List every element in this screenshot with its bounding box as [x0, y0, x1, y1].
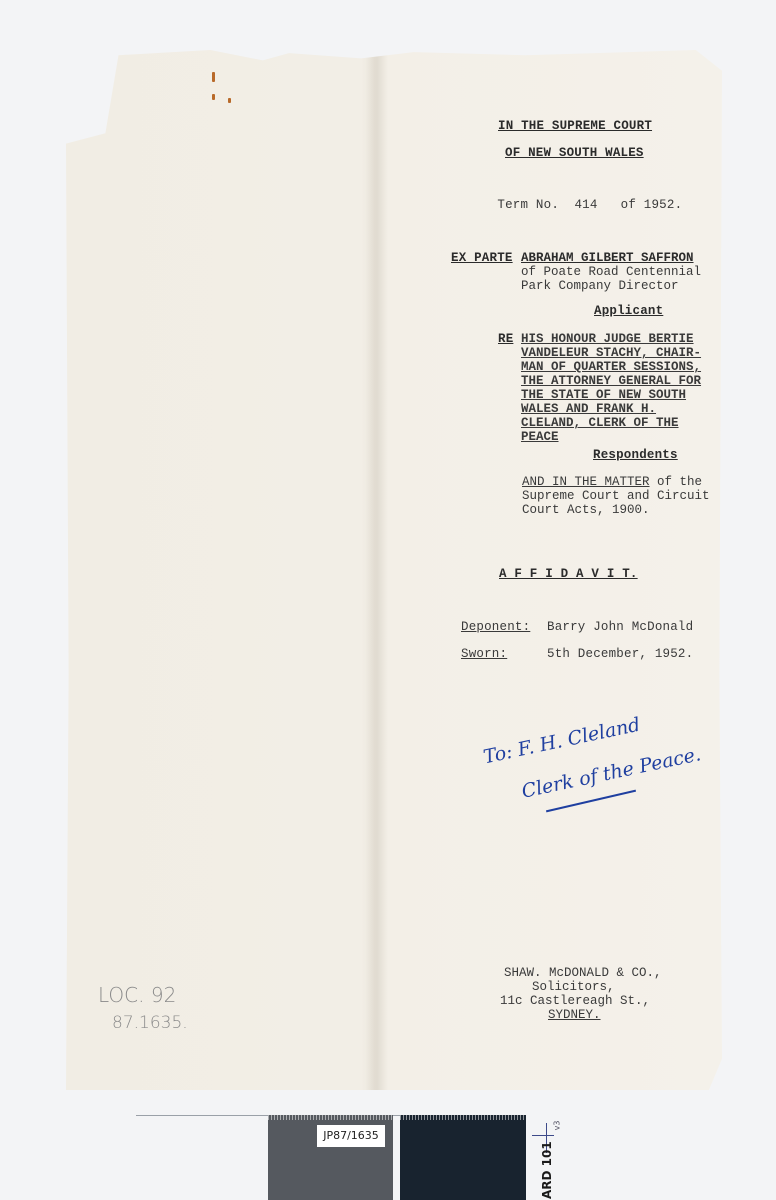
re-line: VANDELEUR STACHY, CHAIR- [521, 346, 701, 360]
scale-bar: JP87/1635 v3 ARD 101 [136, 1115, 776, 1200]
applicant-name: ABRAHAM GILBERT SAFFRON [521, 251, 701, 265]
pencil-location-note: LOC. 92 [98, 982, 176, 1008]
solicitors-address: 11c Castlereagh St., [500, 994, 700, 1008]
solicitors-role: Solicitors, [500, 980, 700, 994]
affidavit-title: A F F I D A V I T. [499, 567, 638, 581]
re-line: THE ATTORNEY GENERAL FOR [521, 374, 701, 388]
re-line: WALES AND FRANK H. [521, 402, 701, 416]
page-fold [366, 50, 388, 1090]
matter-block: AND IN THE MATTER of the Supreme Court a… [522, 475, 710, 517]
sworn-value: 5th December, 1952. [547, 647, 693, 661]
re-line: PEACE [521, 430, 701, 444]
re-block: HIS HONOUR JUDGE BERTIE VANDELEUR STACHY… [521, 332, 701, 444]
solicitors-city: SYDNEY. [548, 1008, 601, 1022]
applicant-occupation: Park Company Director [521, 279, 701, 293]
solicitors-firm: SHAW. McDONALD & CO., [500, 966, 700, 980]
card-version: v3 [552, 1121, 561, 1131]
matter-line: Supreme Court and Circuit [522, 489, 710, 503]
deponent-label: Deponent: [461, 620, 530, 634]
rust-stain [228, 98, 231, 103]
term-year: of 1952. [621, 198, 683, 212]
court-heading-line2: OF NEW SOUTH WALES [505, 146, 644, 160]
re-line: CLELAND, CLERK OF THE [521, 416, 701, 430]
ruler-ticks [400, 1115, 526, 1120]
matter-rest: of the [650, 475, 703, 489]
crosshair-icon [532, 1135, 554, 1136]
term-line: Term No. 414 of 1952. [482, 184, 682, 212]
rust-stain [212, 94, 215, 100]
court-heading-line1: IN THE SUPREME COURT [498, 119, 652, 133]
solicitors-block: SHAW. McDONALD & CO., Solicitors, 11c Ca… [500, 966, 700, 1022]
deponent-value: Barry John McDonald [547, 620, 693, 634]
re-line: HIS HONOUR JUDGE BERTIE [521, 332, 701, 346]
pencil-catalogue-note: 87.1635. [112, 1010, 188, 1036]
ex-parte-label: EX PARTE [451, 251, 513, 265]
dark-patch [400, 1115, 526, 1200]
matter-label: AND IN THE MATTER [522, 475, 650, 489]
ruler-ticks [268, 1115, 393, 1120]
catalogue-label: JP87/1635 [317, 1125, 385, 1147]
applicant-address: of Poate Road Centennial [521, 265, 701, 279]
card-name: ARD 101 [540, 1141, 554, 1199]
rust-stain [212, 72, 215, 82]
applicant-label: Applicant [594, 304, 663, 318]
sworn-label: Sworn: [461, 647, 507, 661]
re-line: MAN OF QUARTER SESSIONS, [521, 360, 701, 374]
term-label: Term No. [497, 198, 559, 212]
re-line: THE STATE OF NEW SOUTH [521, 388, 701, 402]
term-number: 414 [574, 198, 597, 212]
ex-parte-block: ABRAHAM GILBERT SAFFRON of Poate Road Ce… [521, 251, 701, 293]
matter-line: Court Acts, 1900. [522, 503, 710, 517]
re-label: RE [498, 332, 513, 346]
respondents-label: Respondents [593, 448, 678, 462]
